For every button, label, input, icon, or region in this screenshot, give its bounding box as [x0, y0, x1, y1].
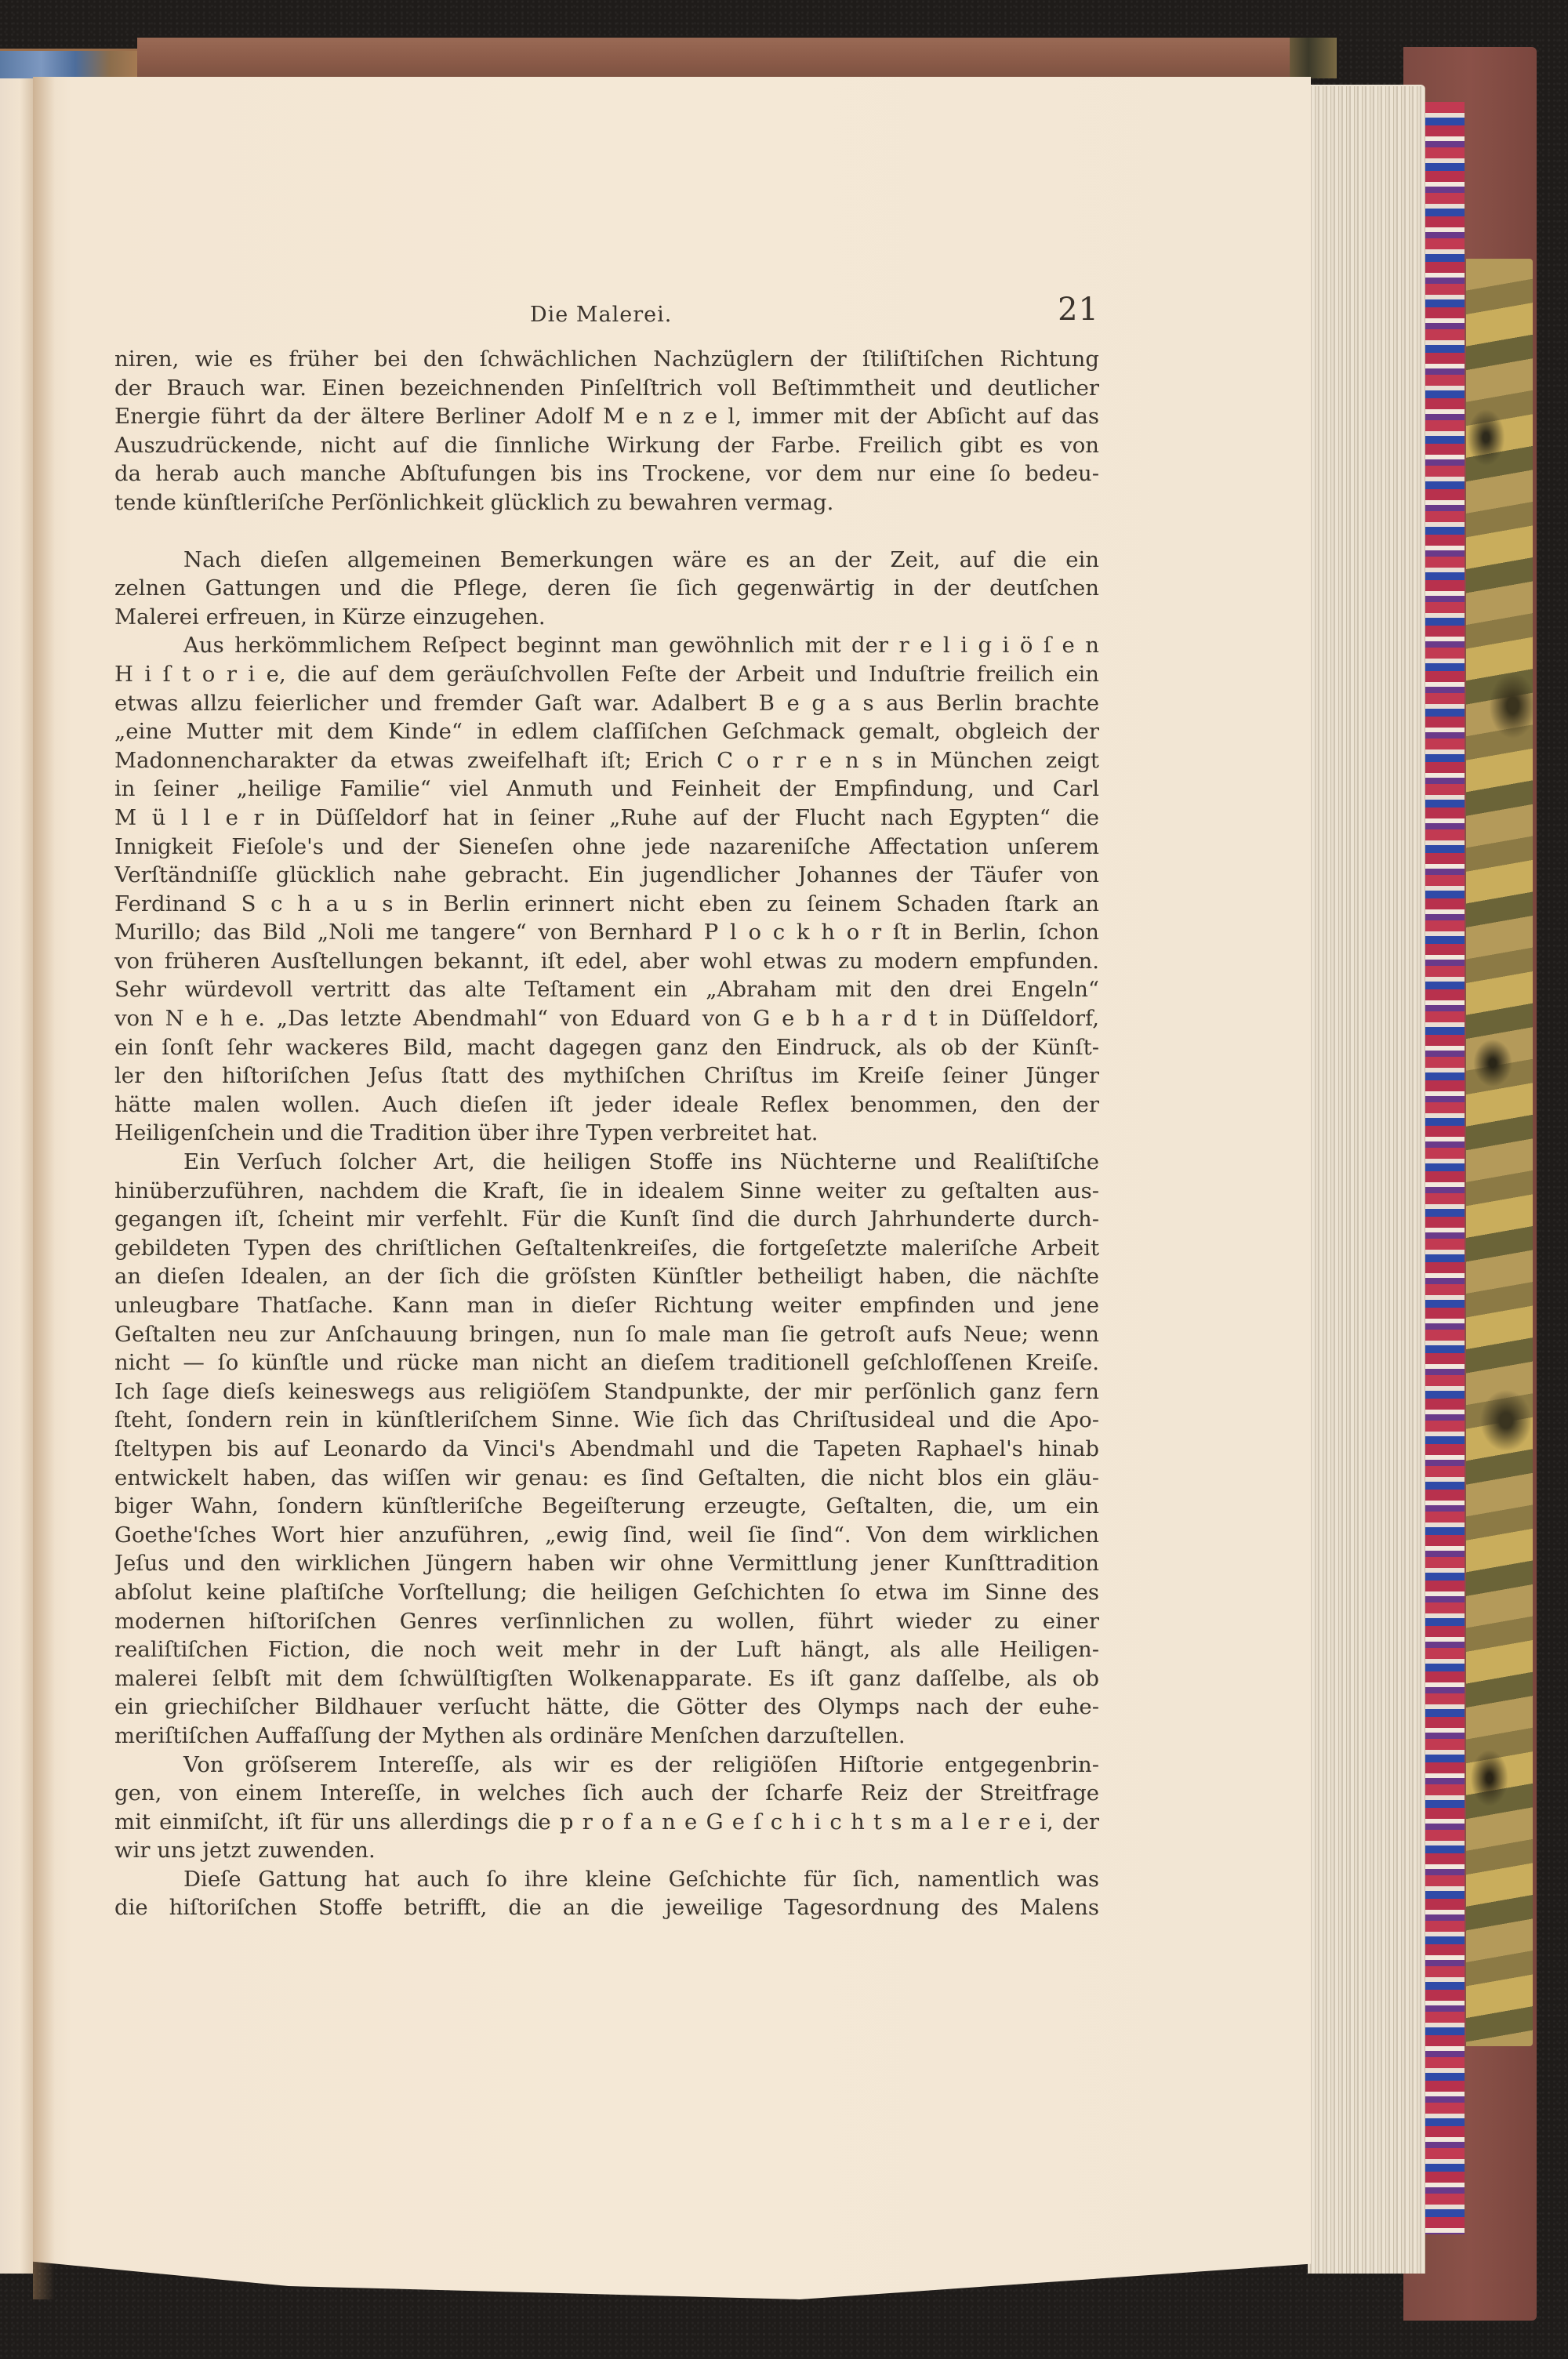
- text-line: gegangen iſt, ſcheint mir verfehlt. Für …: [114, 1205, 1099, 1234]
- running-head: Die Malerei. 21: [114, 290, 1099, 345]
- text-line: H i ſ t o r i e, die auf dem geräuſchvol…: [114, 660, 1099, 689]
- text-line: niren, wie es früher bei den ſchwächlich…: [114, 345, 1099, 374]
- running-head-title: Die Malerei.: [530, 303, 672, 327]
- text-line: M ü l l e r in Düſſeldorf hat in ſeiner …: [114, 804, 1099, 833]
- page-text-block: Die Malerei. 21 niren, wie es früher bei…: [114, 290, 1099, 1922]
- text-line: meriſtiſchen Auffaſſung der Mythen als o…: [114, 1722, 1099, 1751]
- text-line: Dieſe Gattung hat auch ſo ihre kleine Ge…: [114, 1865, 1099, 1894]
- text-line: ſteht, ſondern rein in künſtleriſchem Si…: [114, 1406, 1099, 1435]
- paragraph-gap: [114, 517, 1099, 546]
- text-line: Innigkeit Fieſole's und der Sieneſen ohn…: [114, 833, 1099, 862]
- text-line: abſolut keine plaſtiſche Vorſtellung; di…: [114, 1578, 1099, 1607]
- text-line: unleugbare Thatſache. Kann man in dieſer…: [114, 1291, 1099, 1320]
- text-line: ſteltypen bis auf Leonardo da Vinci's Ab…: [114, 1435, 1099, 1464]
- text-line: Malerei erfreuen, in Kürze einzugehen.: [114, 603, 1099, 632]
- text-line: Nach dieſen allgemeinen Bemerkungen wäre…: [114, 546, 1099, 575]
- text-line: realiſtiſchen Fiction, die noch weit meh…: [114, 1635, 1099, 1664]
- text-line: die hiſtoriſchen Stoffe betrifft, die an…: [114, 1893, 1099, 1922]
- text-line: Jeſus und den wirklichen Jüngern haben w…: [114, 1549, 1099, 1578]
- text-line: Energie führt da der ältere Berliner Ado…: [114, 402, 1099, 431]
- text-line: Sehr würdevoll vertritt das alte Teſtame…: [114, 975, 1099, 1004]
- text-line: da herab auch manche Abſtufungen bis ins…: [114, 459, 1099, 488]
- text-line: Aus herkömmlichem Reſpect beginnt man ge…: [114, 631, 1099, 660]
- text-line: Geſtalten neu zur Anſchauung bringen, nu…: [114, 1320, 1099, 1349]
- book-cover-top-edge: [137, 38, 1337, 78]
- facing-page-sliver: [0, 78, 33, 2274]
- text-line: Ich ſage dieſs keineswegs aus religiöſem…: [114, 1377, 1099, 1406]
- text-line: „eine Mutter mit dem Kinde“ in edlem cla…: [114, 717, 1099, 746]
- text-line: an dieſen Idealen, an der ſich die gröſs…: [114, 1262, 1099, 1291]
- text-line: ler den hiſtoriſchen Jeſus ſtatt des myt…: [114, 1062, 1099, 1091]
- paragraph: Aus herkömmlichem Reſpect beginnt man ge…: [114, 631, 1099, 1148]
- text-line: ein griechiſcher Bildhauer verſucht hätt…: [114, 1693, 1099, 1722]
- paragraph: Nach dieſen allgemeinen Bemerkungen wäre…: [114, 546, 1099, 632]
- comb-marbled-endpaper: [1425, 102, 1465, 2234]
- text-line: von N e h e. „Das letzte Abendmahl“ von …: [114, 1004, 1099, 1033]
- text-line: hätte malen wollen. Auch dieſen iſt jede…: [114, 1091, 1099, 1120]
- left-board-edge: [0, 49, 137, 81]
- paragraph: Dieſe Gattung hat auch ſo ihre kleine Ge…: [114, 1865, 1099, 1922]
- body-text: niren, wie es früher bei den ſchwächlich…: [114, 345, 1099, 1922]
- page-block-fore-edge: [1308, 86, 1425, 2274]
- text-line: modernen hiſtoriſchen Genres verſinnlich…: [114, 1607, 1099, 1636]
- text-line: zelnen Gattungen und die Pflege, deren ſ…: [114, 574, 1099, 603]
- text-line: malerei ſelbſt mit dem ſchwülſtigſten Wo…: [114, 1664, 1099, 1693]
- text-line: gebildeten Typen des chriſtlichen Geſtal…: [114, 1234, 1099, 1263]
- text-line: der Brauch war. Einen bezeichnenden Pinſ…: [114, 374, 1099, 403]
- text-line: entwickelt haben, das wiſſen wir genau: …: [114, 1464, 1099, 1493]
- text-line: Auszudrückende, nicht auf die ſinnliche …: [114, 431, 1099, 460]
- page-number: 21: [1058, 292, 1099, 328]
- text-line: ein ſonſt ſehr wackeres Bild, macht dage…: [114, 1033, 1099, 1062]
- text-line: tende künſtleriſche Perſönlichkeit glück…: [114, 488, 1099, 517]
- text-line: wir uns jetzt zuwenden.: [114, 1836, 1099, 1865]
- text-line: Ein Verſuch ſolcher Art, die heiligen St…: [114, 1148, 1099, 1177]
- text-line: Von gröſserem Intereſſe, als wir es der …: [114, 1751, 1099, 1780]
- text-line: Verſtändniſſe glücklich nahe gebracht. E…: [114, 861, 1099, 890]
- text-line: hinüberzuführen, nachdem die Kraft, ſie …: [114, 1177, 1099, 1206]
- text-line: Murillo; das Bild „Noli me tangere“ von …: [114, 918, 1099, 947]
- text-line: von früheren Ausſtellungen bekannt, iſt …: [114, 947, 1099, 976]
- text-line: Heiligenſchein und die Tradition über ih…: [114, 1119, 1099, 1148]
- paragraph: Ein Verſuch ſolcher Art, die heiligen St…: [114, 1148, 1099, 1750]
- text-line: nicht — ſo künſtle und rücke man nicht a…: [114, 1348, 1099, 1377]
- tortoise-marbled-paper: [1466, 259, 1533, 2046]
- text-line: Goethe'ſches Wort hier anzuführen, „ewig…: [114, 1521, 1099, 1550]
- text-line: biger Wahn, ſondern künſtleriſche Begeiſ…: [114, 1492, 1099, 1521]
- text-line: Madonnencharakter da etwas zweifelhaft i…: [114, 746, 1099, 775]
- paragraph: niren, wie es früher bei den ſchwächlich…: [114, 345, 1099, 517]
- text-line: mit einmiſcht, iſt für uns allerdings di…: [114, 1808, 1099, 1837]
- text-line: etwas allzu feierlicher und fremder Gaſt…: [114, 689, 1099, 718]
- paragraph: Von gröſserem Intereſſe, als wir es der …: [114, 1751, 1099, 1865]
- text-line: gen, von einem Intereſſe, in welches ſic…: [114, 1779, 1099, 1808]
- text-line: Ferdinand S c h a u s in Berlin erinnert…: [114, 890, 1099, 919]
- gutter-shadow: [33, 77, 55, 2299]
- text-line: in ſeiner „heilige Familie“ viel Anmuth …: [114, 775, 1099, 804]
